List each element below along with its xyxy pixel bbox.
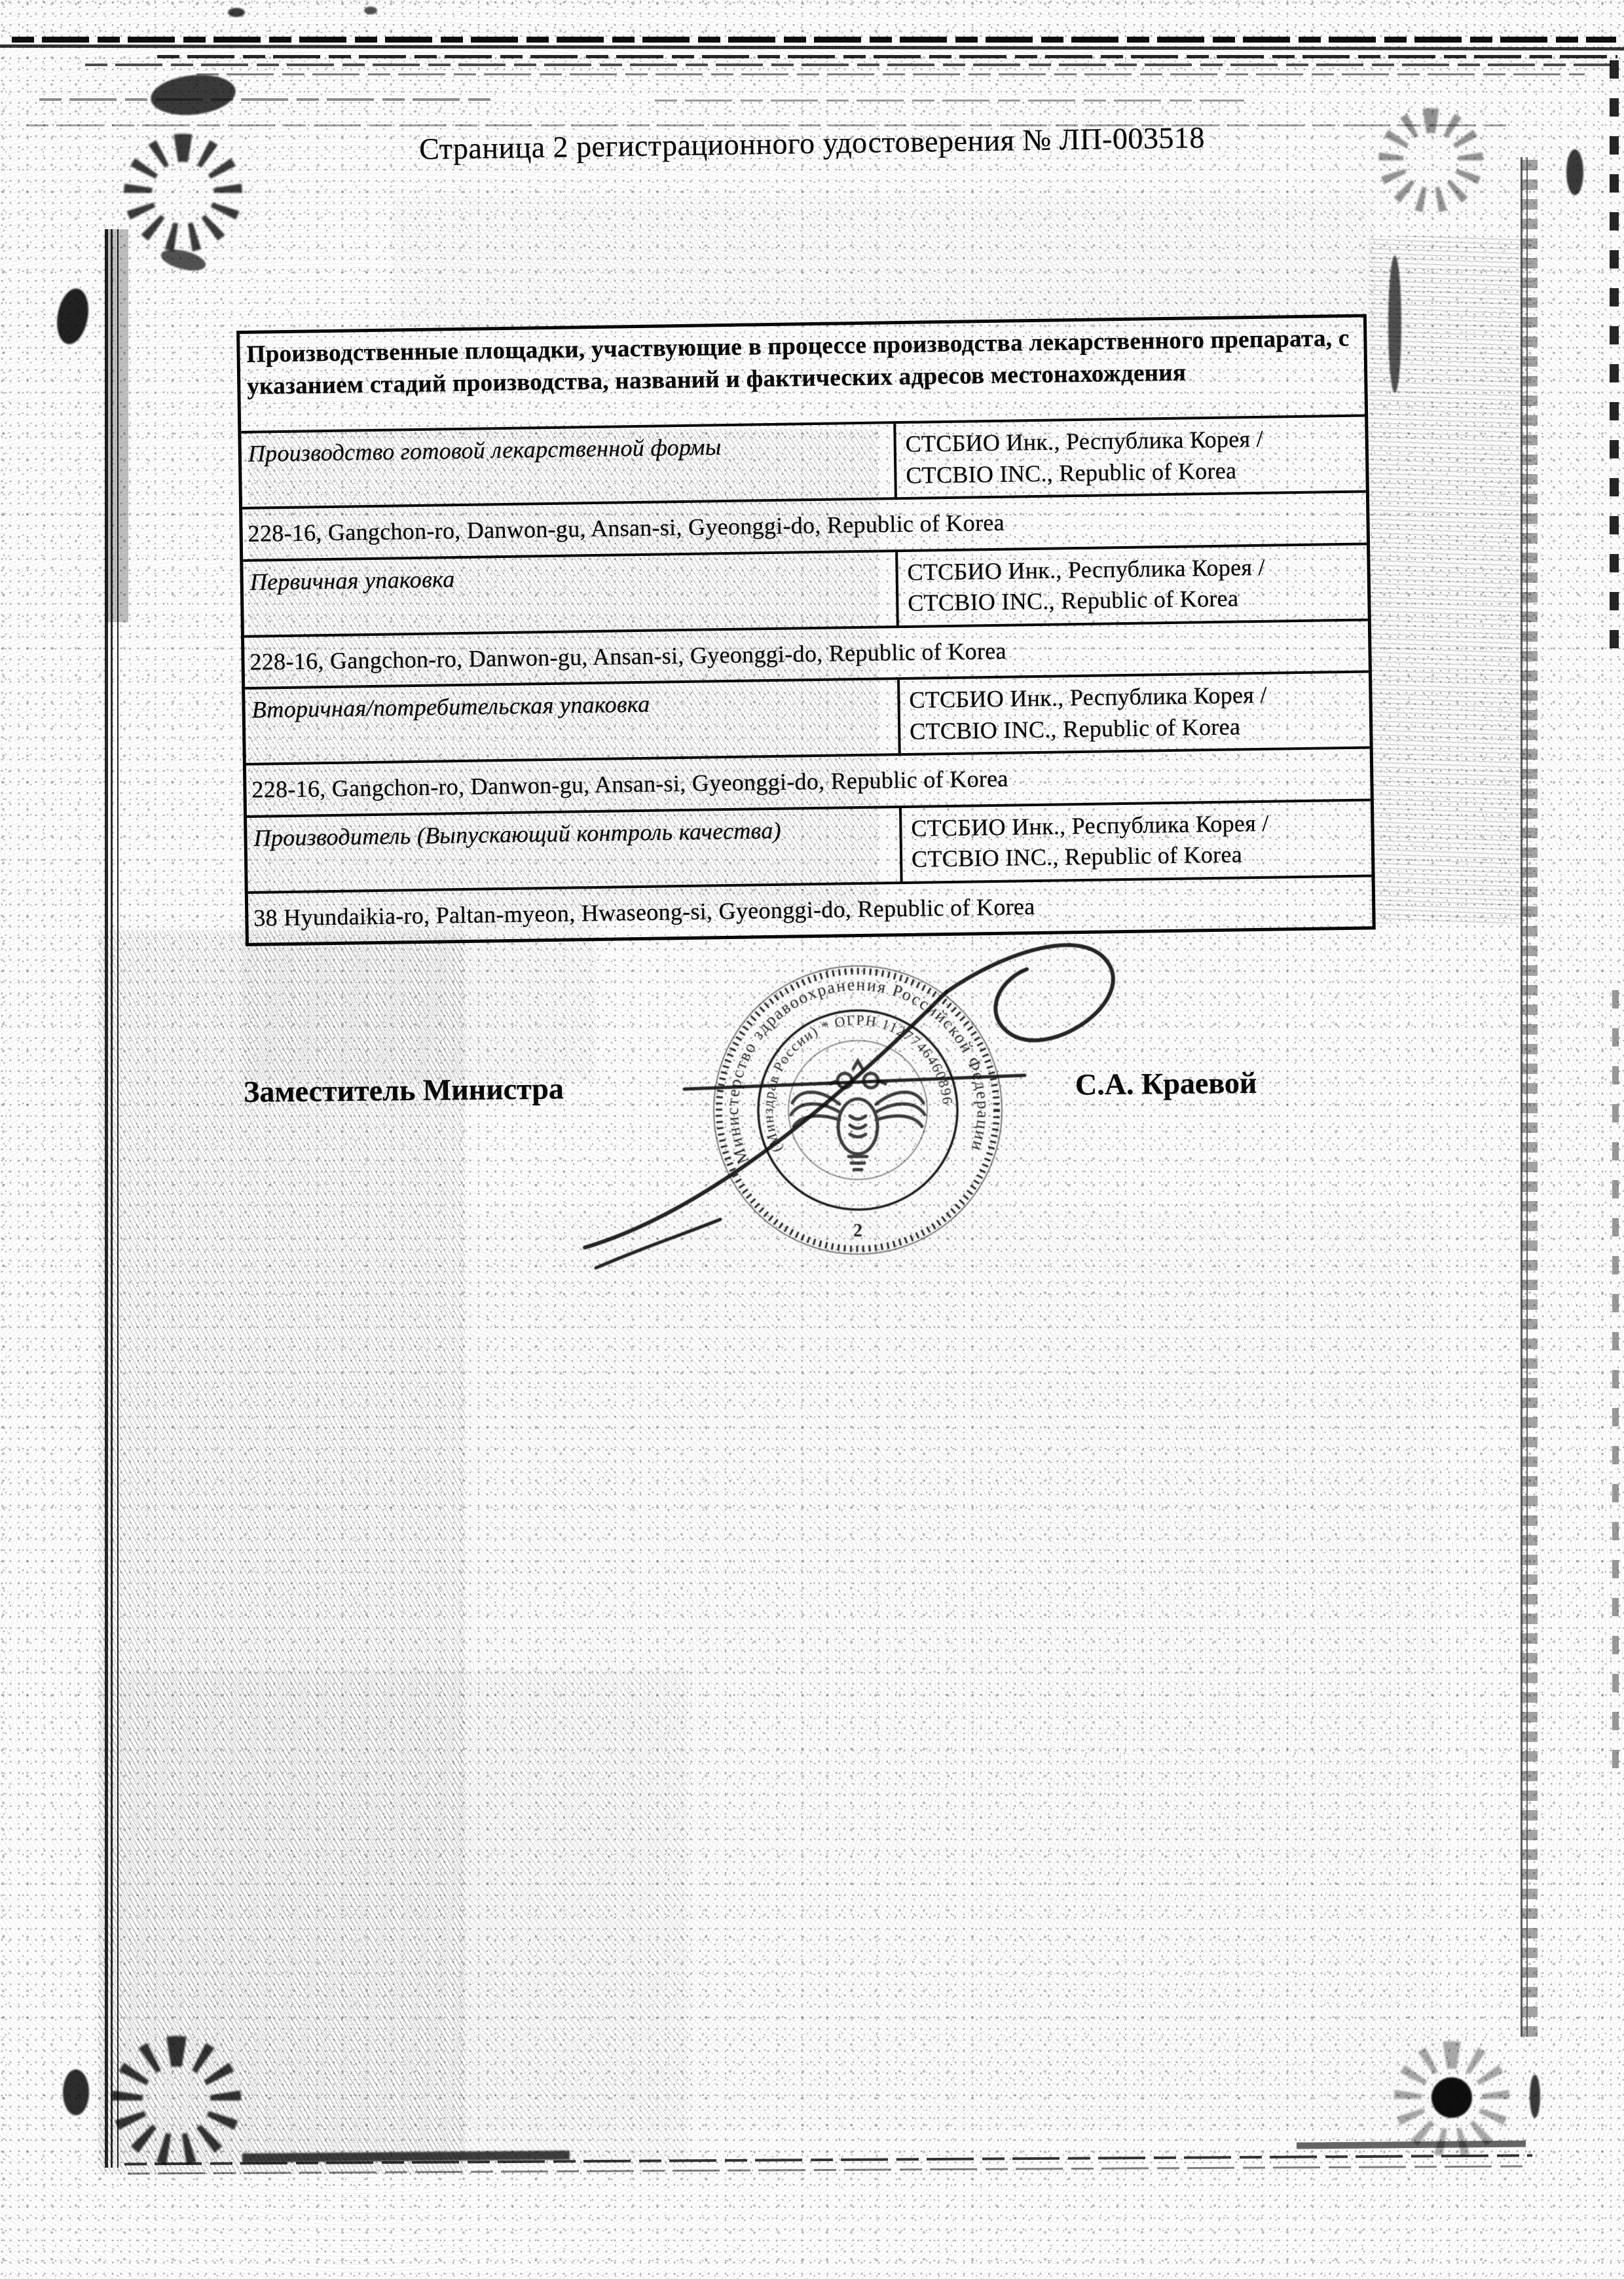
scan-blob (1566, 149, 1583, 195)
company-cell: СТСБИО Инк., Республика Корея / CTCBIO I… (898, 545, 1368, 625)
scan-blob (63, 2069, 89, 2115)
scan-blob (53, 286, 92, 347)
stage-cell: Вторичная/потребительская упаковка (245, 680, 901, 763)
scan-hatch-patch (458, 1212, 1441, 2128)
company-cell: СТСБИО Инк., Республика Корея / CTCBIO I… (896, 417, 1366, 498)
scan-border-top (655, 100, 1244, 102)
scan-hatch-patch (98, 930, 465, 2174)
company-name-en: CTCBIO INC., Republic of Korea (906, 453, 1357, 491)
scan-blob (364, 7, 377, 14)
border-corner-dot (1431, 2077, 1472, 2118)
scan-border-bottom (128, 2165, 1529, 2174)
signature-stroke (946, 945, 1113, 1040)
scan-border-top (0, 45, 1624, 50)
company-cell: СТСБИО Инк., Республика Корея / CTCBIO I… (900, 673, 1370, 753)
company-name-en: CTCBIO INC., Republic of Korea (912, 838, 1363, 876)
stage-cell: Первичная упаковка (243, 552, 899, 635)
company-name-en: CTCBIO INC., Republic of Korea (910, 709, 1361, 747)
scan-border-top (196, 73, 1585, 75)
company-cell: СТСБИО Инк., Республика Корея / CTCBIO I… (902, 801, 1372, 881)
signer-title: Заместитель Министра (244, 1071, 564, 1109)
signature-stroke (596, 1219, 720, 1268)
scan-blob (1388, 255, 1401, 393)
stage-cell: Производитель (Выпускающий контроль каче… (247, 808, 903, 891)
scan-hatch-patch (393, 196, 1375, 327)
scan-blob (149, 71, 238, 119)
scan-blob (1530, 2075, 1540, 2118)
scan-border-top (12, 37, 1616, 43)
scan-border-top (157, 55, 1617, 58)
stage-cell: Производство готовой лекарственной формы (241, 424, 897, 507)
table-header-cell: Производственные площадки, участвующие в… (240, 318, 1365, 431)
company-name-en: CTCBIO INC., Republic of Korea (908, 582, 1359, 620)
scan-border-right (1521, 157, 1538, 2037)
signature-stroke (585, 992, 946, 1248)
scan-border-left (105, 229, 128, 622)
scan-blob (228, 8, 245, 17)
scan-border-top (39, 98, 498, 101)
scan-border-top (85, 64, 1611, 66)
production-sites-table: Производственные площадки, участвующие в… (236, 314, 1376, 946)
scanned-certificate-page: Страница 2 регистрационного удостоверени… (0, 0, 1624, 2279)
signature-strokes (557, 904, 1179, 1310)
scan-border-right (1612, 982, 1619, 1768)
